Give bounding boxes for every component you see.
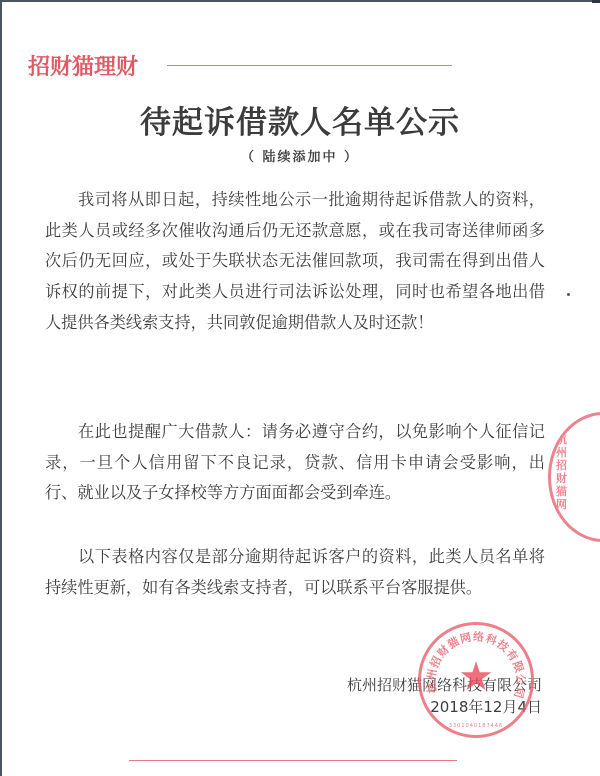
seal-registration-number: 3301040187446 (421, 723, 531, 729)
paragraph-3-text: 以下表格内容仅是部分逾期待起诉客户的资料，此类人员名单将持续性更新，如有各类线索… (45, 542, 545, 603)
partial-seal-stamp: 杭州招财猫网 (548, 412, 600, 542)
brand-logo-text: 招财猫理财 (28, 50, 138, 81)
seal-star-icon: ★ (458, 657, 494, 697)
header-divider (167, 65, 452, 66)
paragraph-1: 我司将从即日起，持续性地公示一批逾期待起诉借款人的资料，此类人员或经多次催收沟通… (45, 185, 545, 339)
footer-divider (129, 760, 457, 761)
scan-speck (567, 293, 570, 296)
company-seal-stamp: 杭州招财猫网络科技有限公司 ★ 3301040187446 (418, 622, 534, 738)
page-edge-top (0, 0, 600, 2)
paragraph-3: 以下表格内容仅是部分逾期待起诉客户的资料，此类人员名单将持续性更新，如有各类线索… (45, 542, 545, 603)
paragraph-1-text: 我司将从即日起，持续性地公示一批逾期待起诉借款人的资料，此类人员或经多次催收沟通… (45, 185, 545, 339)
corner-mark (592, 0, 600, 3)
partial-seal-text: 杭州招财猫网 (556, 433, 570, 511)
document-title: 待起诉借款人名单公示 (0, 97, 600, 142)
paragraph-2-text: 在此也提醒广大借款人：请务必遵守合约，以免影响个人征信记录，一旦个人信用留下不良… (45, 417, 545, 509)
document-subtitle: （ 陆续添加中 ） (0, 146, 600, 165)
paragraph-2: 在此也提醒广大借款人：请务必遵守合约，以免影响个人征信记录，一旦个人信用留下不良… (45, 417, 545, 509)
